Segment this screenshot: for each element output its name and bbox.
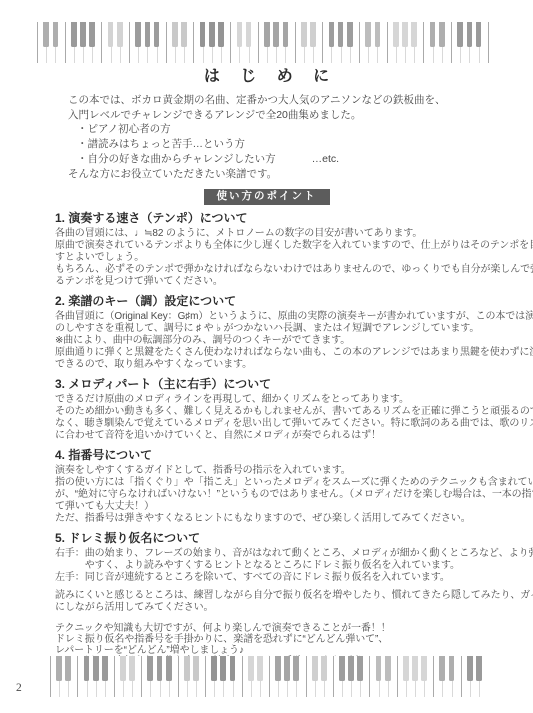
points-header-row: 使い方のポイント	[0, 186, 533, 205]
piano-black-key	[117, 22, 123, 47]
piano-black-key	[172, 22, 178, 47]
piano-black-key	[357, 656, 363, 681]
section-line: ただ、指番号は弾きやすくなるヒントにもなりますので、ぜひ楽しく活用してみてくださ…	[55, 513, 507, 525]
closing-line: テクニックや知識も大切ですが、何より楽しんで演奏できることが一番！！	[55, 623, 507, 634]
sections-block: 1. 演奏する速さ（テンポ）について 各曲の冒頭には、♩≒82 のように、メトロ…	[0, 212, 533, 614]
section-line: 指の使い方には「指くぐり」や「指こえ」といったメロディをスムーズに弾くためのテク…	[55, 477, 507, 489]
piano-black-key	[339, 656, 345, 681]
piano-black-key	[467, 656, 473, 681]
piano-black-key	[230, 656, 236, 681]
section-heading: 2. 楽譜のキー（調）設定について	[55, 295, 507, 308]
piano-black-key	[53, 22, 59, 47]
intro-closing: そんな方にお役立ていただきたい楽譜です。	[68, 167, 493, 182]
section-line: すとよいでしょう。	[55, 252, 507, 264]
piano-black-key	[476, 656, 482, 681]
piano-black-key	[154, 22, 160, 47]
piano-black-key	[56, 656, 62, 681]
piano-black-key	[147, 656, 153, 681]
piano-black-key	[135, 22, 141, 47]
piano-black-key	[102, 656, 108, 681]
section-line: 原曲通りに弾くと黒鍵をたくさん使わなければならない曲も、この本のアレンジではあま…	[55, 347, 507, 359]
etc-label: …etc.	[312, 153, 339, 165]
piano-black-key	[376, 656, 382, 681]
intro-bullet: ・自分の好きな曲からチャレンジしたい方	[77, 153, 276, 165]
page-content: は じ め に この本では、ボカロ黄金期の名曲、定番かつ大人気のアニソンなどの鉄…	[0, 68, 533, 667]
intro-bullet: ・ピアノ初心者の方	[68, 122, 493, 137]
points-header-badge: 使い方のポイント	[204, 189, 330, 205]
piano-black-key	[209, 22, 215, 47]
piano-black-key	[129, 656, 135, 681]
page-number: 2	[16, 682, 22, 694]
piano-black-key	[467, 22, 473, 47]
closing-line: ドレミ振り仮名や指番号を手掛かりに、楽譜を恐れずに“どんどん弾いて”、	[55, 634, 507, 645]
section-fingering: 4. 指番号について 演奏をしやすくするガイドとして、指番号の指示を入れています…	[55, 449, 507, 525]
piano-black-key	[273, 22, 279, 47]
section-line: が、“絶対に守らなければいけない！”というものではありません。（メロディだけを楽…	[55, 489, 507, 501]
piano-black-key	[411, 22, 417, 47]
section-line: もちろん、必ずそのテンポで弾かなければならないわけではありませんので、ゆっくりで…	[55, 264, 507, 276]
section-line: できるだけ原曲のメロディラインを再現して、細かくリズムをとってあります。	[55, 394, 507, 406]
piano-black-key	[220, 656, 226, 681]
piano-black-key	[218, 22, 224, 47]
piano-black-key	[312, 656, 318, 681]
piano-black-key	[65, 656, 71, 681]
piano-black-key	[89, 22, 95, 47]
piano-black-key	[166, 656, 172, 681]
piano-black-key	[211, 656, 217, 681]
piano-black-key	[393, 22, 399, 47]
piano-black-key	[237, 22, 243, 47]
piano-black-key	[193, 656, 199, 681]
piano-black-key	[439, 656, 445, 681]
page-title: は じ め に	[0, 68, 533, 86]
piano-black-key	[120, 656, 126, 681]
piano-black-key	[184, 656, 190, 681]
section-line: 演奏をしやすくするガイドとして、指番号の指示を入れています。	[55, 465, 507, 477]
section-line: 右手：曲の始まり、フレーズの始まり、音がはなれて動くところ、メロディが細かく動く…	[55, 548, 507, 560]
piano-black-key	[402, 22, 408, 47]
section-line: にしながら活用してみてください。	[55, 602, 507, 614]
piano-black-key	[248, 656, 254, 681]
piano-black-key	[403, 656, 409, 681]
piano-black-key	[329, 22, 335, 47]
piano-black-key	[338, 22, 344, 47]
section-line: やすく、より読みやすくするヒントとなるところにドレミ振り仮名を入れています。	[55, 560, 507, 572]
piano-black-key	[348, 656, 354, 681]
piano-black-key	[84, 656, 90, 681]
intro-line: この本では、ボカロ黄金期の名曲、定番かつ大人気のアニソンなどの鉄板曲を、	[68, 93, 493, 108]
section-line: て弾いても大丈夫！）	[55, 501, 507, 513]
piano-black-key	[449, 656, 455, 681]
section-heading: 5. ドレミ振り仮名について	[55, 532, 507, 545]
piano-black-key	[457, 22, 463, 47]
piano-black-key	[385, 656, 391, 681]
piano-black-key	[93, 656, 99, 681]
intro-bullet: ・譜読みはちょっと苦手…という方	[68, 137, 493, 152]
piano-keyboard-top-decoration	[37, 22, 498, 63]
piano-black-key	[181, 22, 187, 47]
piano-black-key	[284, 656, 290, 681]
piano-black-key	[257, 656, 263, 681]
piano-black-key	[145, 22, 151, 47]
intro-block: この本では、ボカロ黄金期の名曲、定番かつ大人気のアニソンなどの鉄板曲を、 入門レ…	[0, 93, 533, 181]
section-key: 2. 楽譜のキー（調）設定について 各曲冒頭に（Original Key：G♯m…	[55, 295, 507, 371]
piano-black-key	[246, 22, 252, 47]
piano-black-key	[264, 22, 270, 47]
intro-line: 入門レベルでチャレンジできるアレンジで全20曲集めました。	[68, 108, 493, 123]
piano-black-key	[310, 22, 316, 47]
section-line: できるので、取り組みやすくなっています。	[55, 359, 507, 371]
section-heading: 1. 演奏する速さ（テンポ）について	[55, 212, 507, 225]
section-line: そのため細かい動きも多く、難しく見えるかもしれませんが、書いてあるリズムを正確に…	[55, 406, 507, 418]
section-heading: 4. 指番号について	[55, 449, 507, 462]
piano-black-key	[421, 656, 427, 681]
section-line: るテンポを見つけて弾いてください。	[55, 276, 507, 288]
piano-black-key	[347, 22, 353, 47]
section-line: 各曲の冒頭には、♩≒82 のように、メトロノームの数字の目安が書いてあります。	[55, 228, 507, 240]
piano-keyboard-bottom-decoration	[50, 656, 489, 697]
section-melody: 3. メロディパート（主に右手）について できるだけ原曲のメロディラインを再現し…	[55, 378, 507, 442]
section-heading: 3. メロディパート（主に右手）について	[55, 378, 507, 391]
piano-black-key	[200, 22, 206, 47]
piano-black-key	[108, 22, 114, 47]
piano-black-key	[43, 22, 49, 47]
piano-black-key	[71, 22, 77, 47]
piano-black-key	[412, 656, 418, 681]
closing-line: レパートリーを“どんどん”増やしましょう♪	[55, 645, 507, 656]
intro-bullet-row: ・自分の好きな曲からチャレンジしたい方…etc.	[68, 152, 493, 167]
section-line: 各曲冒頭に（Original Key：G♯m）というように、原曲の実際の演奏キー…	[55, 311, 507, 323]
section-doremi: 5. ドレミ振り仮名について 右手：曲の始まり、フレーズの始まり、音がはなれて動…	[55, 532, 507, 614]
section-line: 原曲で演奏されているテンポよりも全体に少し遅くした数字を入れていますので、仕上が…	[55, 240, 507, 252]
section-line: ※曲により、曲中の転調部分のみ、調号のつくキーがでてきます。	[55, 335, 507, 347]
piano-black-key	[293, 656, 299, 681]
piano-black-key	[476, 22, 482, 47]
piano-black-key	[321, 656, 327, 681]
section-line: 左手：同じ音が連続するところを除いて、すべての音にドレミ振り仮名を入れています。	[55, 572, 507, 584]
piano-black-key	[80, 22, 86, 47]
section-line: のしやすさを重視して、調号に ♯ や ♭ がつかないハ長調、またはイ短調でアレン…	[55, 323, 507, 335]
book-page: は じ め に この本では、ボカロ黄金期の名曲、定番かつ大人気のアニソンなどの鉄…	[0, 0, 533, 713]
piano-black-key	[157, 656, 163, 681]
piano-black-key	[375, 22, 381, 47]
piano-black-key	[283, 22, 289, 47]
piano-white-key	[488, 22, 498, 63]
piano-black-key	[365, 22, 371, 47]
piano-black-key	[275, 656, 281, 681]
section-line: なく、聴き馴染んで覚えているメロディを思い出して弾いてみてください。特に歌詞のあ…	[55, 418, 507, 430]
piano-black-key	[439, 22, 445, 47]
section-line: に合わせて音符を追いかけていくと、自然にメロディが奏でられるはず！	[55, 430, 507, 442]
piano-black-key	[301, 22, 307, 47]
section-line: 読みにくいと感じるところは、練習しながら自分で振り仮名を増やしたり、慣れてきたら…	[55, 590, 507, 602]
section-tempo: 1. 演奏する速さ（テンポ）について 各曲の冒頭には、♩≒82 のように、メトロ…	[55, 212, 507, 288]
piano-black-key	[430, 22, 436, 47]
